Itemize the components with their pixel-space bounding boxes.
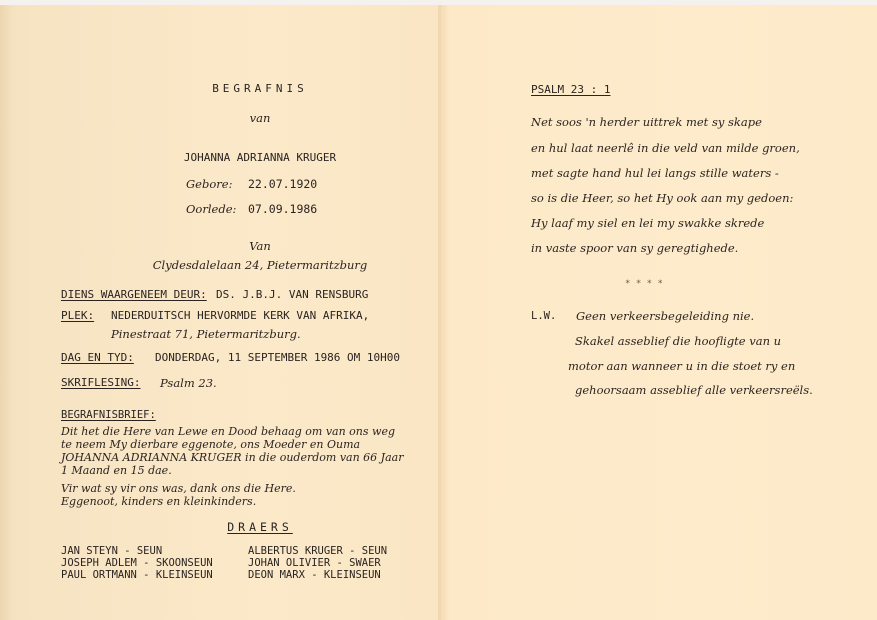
- van-label: van: [150, 111, 370, 125]
- document-title: BEGRAFNIS: [150, 82, 370, 96]
- place-line-2: Pinestraat 71, Pietermaritzburg.: [111, 327, 301, 341]
- place-label: PLEK:: [61, 309, 94, 323]
- letter-line: Dit het die Here van Lewe en Dood behaag…: [61, 425, 395, 438]
- bearers-heading: DRAERS: [150, 520, 370, 534]
- note-label: L.W.: [531, 309, 556, 323]
- letter-line: JOHANNA ADRIANNA KRUGER in die ouderdom …: [61, 451, 403, 464]
- datetime-value: DONDERDAG, 11 SEPTEMBER 1986 OM 10H00: [155, 351, 400, 365]
- service-label: DIENS WAARGENEEM DEUR:: [61, 288, 207, 302]
- died-label: Oorlede:: [186, 202, 236, 216]
- datetime-label: DAG EN TYD:: [61, 351, 134, 365]
- note-line: gehoorsaam asseblief alle verkeersreëls.: [575, 383, 813, 397]
- closing-line: Eggenoot, kinders en kleinkinders.: [61, 495, 256, 508]
- note-line: Skakel asseblief die hoofligte van u: [575, 334, 781, 348]
- bearer: ALBERTUS KRUGER - SEUN: [248, 545, 387, 557]
- bearer: JOSEPH ADLEM - SKOONSEUN: [61, 557, 213, 569]
- psalm-line: met sagte hand hul lei langs stille wate…: [531, 166, 779, 180]
- scripture-label: SKRIFLESING:: [61, 376, 140, 390]
- born-label: Gebore:: [186, 177, 232, 191]
- service-value: DS. J.B.J. VAN RENSBURG: [216, 288, 368, 302]
- letter-heading: BEGRAFNISBRIEF:: [61, 408, 156, 422]
- born-date: 22.07.1920: [248, 177, 317, 191]
- bearer: DEON MARX - KLEINSEUN: [248, 569, 381, 581]
- scripture-value: Psalm 23.: [160, 376, 217, 390]
- psalm-line: Hy laaf my siel en lei my swakke skrede: [531, 216, 764, 230]
- psalm-line: en hul laat neerlê in die veld van milde…: [531, 141, 800, 155]
- letter-line: 1 Maand en 15 dae.: [61, 464, 172, 477]
- note-line: Geen verkeersbegeleiding nie.: [576, 309, 754, 323]
- psalm-line: Net soos 'n herder uittrek met sy skape: [531, 115, 762, 129]
- deceased-name: JOHANNA ADRIANNA KRUGER: [150, 151, 370, 165]
- note-line: motor aan wanneer u in die stoet ry en: [568, 359, 795, 373]
- address: Clydesdalelaan 24, Pietermaritzburg: [120, 258, 400, 272]
- bearer: JOHAN OLIVIER - SWAER: [248, 557, 381, 569]
- died-date: 07.09.1986: [248, 202, 317, 216]
- separator-stars: * * * *: [625, 277, 663, 291]
- bearer: PAUL ORTMANN - KLEINSEUN: [61, 569, 213, 581]
- psalm-line: so is die Heer, so het Hy ook aan my ged…: [531, 191, 793, 205]
- bearer: JAN STEYN - SEUN: [61, 545, 162, 557]
- psalm-line: in vaste spoor van sy geregtighede.: [531, 241, 738, 255]
- closing-line: Vir wat sy vir ons was, dank ons die Her…: [61, 482, 296, 495]
- van-address-label: Van: [150, 239, 370, 253]
- page-fold: [438, 5, 441, 620]
- psalm-heading: PSALM 23 : 1: [531, 83, 610, 97]
- place-line-1: NEDERDUITSCH HERVORMDE KERK VAN AFRIKA,: [111, 309, 369, 323]
- letter-line: te neem My dierbare eggenote, ons Moeder…: [61, 438, 360, 451]
